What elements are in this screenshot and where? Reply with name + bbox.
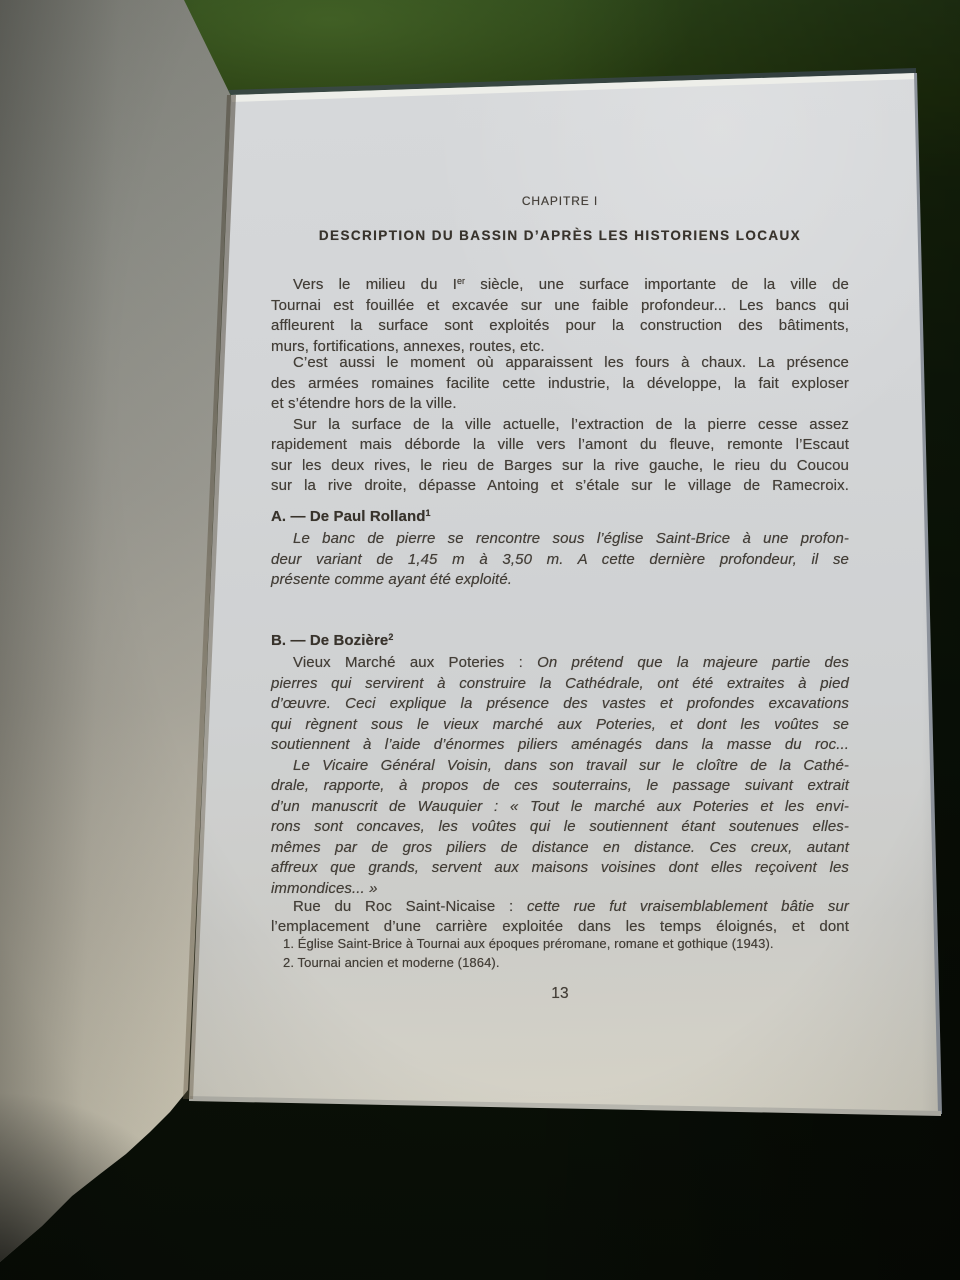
text-line: soutiennent à l’aide d’énormes piliers a… <box>271 735 849 756</box>
footnote-2: 2. Tournai ancien et moderne (1864). <box>283 954 849 973</box>
text-fragment: Vers le milieu du I <box>293 276 457 293</box>
text-line: et s’étendre hors de la ville. <box>271 394 849 415</box>
text-fragment: Rue du Roc Saint-Nicaise : <box>293 898 527 915</box>
section-b-heading: B. — De Bozière2 <box>271 627 849 652</box>
page-content: CHAPITRE I DESCRIPTION DU BASSIN D’APRÈS… <box>271 0 849 1280</box>
text-line: des armées romaines facilite cette indus… <box>271 374 849 395</box>
text-line: qui règnent sous le vieux marché aux Pot… <box>271 715 849 736</box>
section-b-paragraph-2: Le Vicaire Général Voisin, dans son trav… <box>271 756 849 900</box>
section-b-paragraph-1: Vieux Marché aux Poteries : On prétend q… <box>271 653 849 756</box>
text-line: présente comme ayant été exploité. <box>271 570 849 591</box>
footnotes: 1. Église Saint-Brice à Tournai aux époq… <box>283 935 849 972</box>
text-fragment: siècle, une surface importante de la vil… <box>465 276 849 293</box>
text-line: drale, rapporte, à propos de ces souterr… <box>271 776 849 797</box>
text-fragment: Vieux Marché aux Poteries : <box>293 654 537 671</box>
text-fragment: cette rue fut vraisemblablement bâtie su… <box>527 898 849 915</box>
page-title: DESCRIPTION DU BASSIN D’APRÈS LES HISTOR… <box>271 228 849 244</box>
chapter-heading: CHAPITRE I <box>271 194 849 208</box>
text-line: sur les deux rives, le rieu de Barges su… <box>271 456 849 477</box>
text-line: pierres qui servirent à construire la Ca… <box>271 674 849 695</box>
text-line: rapidement mais déborde la ville vers l’… <box>271 435 849 456</box>
paragraph-1: Vers le milieu du Ier siècle, une surfac… <box>271 271 849 357</box>
text-line: sur la rive droite, dépasse Antoing et s… <box>271 476 849 497</box>
paragraph-2: C’est aussi le moment où apparaissent le… <box>271 353 849 415</box>
text-line: d’œuvre. Ceci explique la présence des v… <box>271 694 849 715</box>
text-line: affreux que grands, servent aux maisons … <box>271 858 849 879</box>
paragraph-3: Sur la surface de la ville actuelle, l’e… <box>271 415 849 497</box>
text-line: C’est aussi le moment où apparaissent le… <box>271 353 849 374</box>
text-line: affleurent la surface sont exploités pou… <box>271 316 849 337</box>
heading-text: B. — De Bozière <box>271 632 388 649</box>
text-fragment: On prétend que la majeure partie des <box>537 654 849 671</box>
photo-scene: CHAPITRE I DESCRIPTION DU BASSIN D’APRÈS… <box>0 0 960 1280</box>
section-b-paragraph-3: Rue du Roc Saint-Nicaise : cette rue fut… <box>271 897 849 938</box>
footnote-reference: 2 <box>388 632 393 642</box>
section-a-quote: Le banc de pierre se rencontre sous l’ég… <box>271 529 849 591</box>
text-line: Le Vicaire Général Voisin, dans son trav… <box>271 756 849 777</box>
text-line: mêmes par de gros piliers de distance en… <box>271 838 849 859</box>
heading-text: A. — De Paul Rolland <box>271 508 426 525</box>
text-line: Rue du Roc Saint-Nicaise : cette rue fut… <box>271 897 849 918</box>
text-line: deur variant de 1,45 m à 3,50 m. A cette… <box>271 550 849 571</box>
footnote-reference: 1 <box>426 508 431 518</box>
text-line: Sur la surface de la ville actuelle, l’e… <box>271 415 849 436</box>
text-line: d’un manuscrit de Wauquier : « Tout le m… <box>271 797 849 818</box>
text-line: Vieux Marché aux Poteries : On prétend q… <box>271 653 849 674</box>
section-a-heading: A. — De Paul Rolland1 <box>271 503 849 528</box>
page-number: 13 <box>271 984 849 1005</box>
text-line: Vers le milieu du Ier siècle, une surfac… <box>271 271 849 296</box>
footnote-1: 1. Église Saint-Brice à Tournai aux époq… <box>283 935 849 954</box>
text-line: Le banc de pierre se rencontre sous l’ég… <box>271 529 849 550</box>
text-line: rons sont concaves, les voûtes qui le so… <box>271 817 849 838</box>
superscript: er <box>457 276 465 286</box>
text-line: Tournai est fouillée et excavée sur une … <box>271 296 849 317</box>
